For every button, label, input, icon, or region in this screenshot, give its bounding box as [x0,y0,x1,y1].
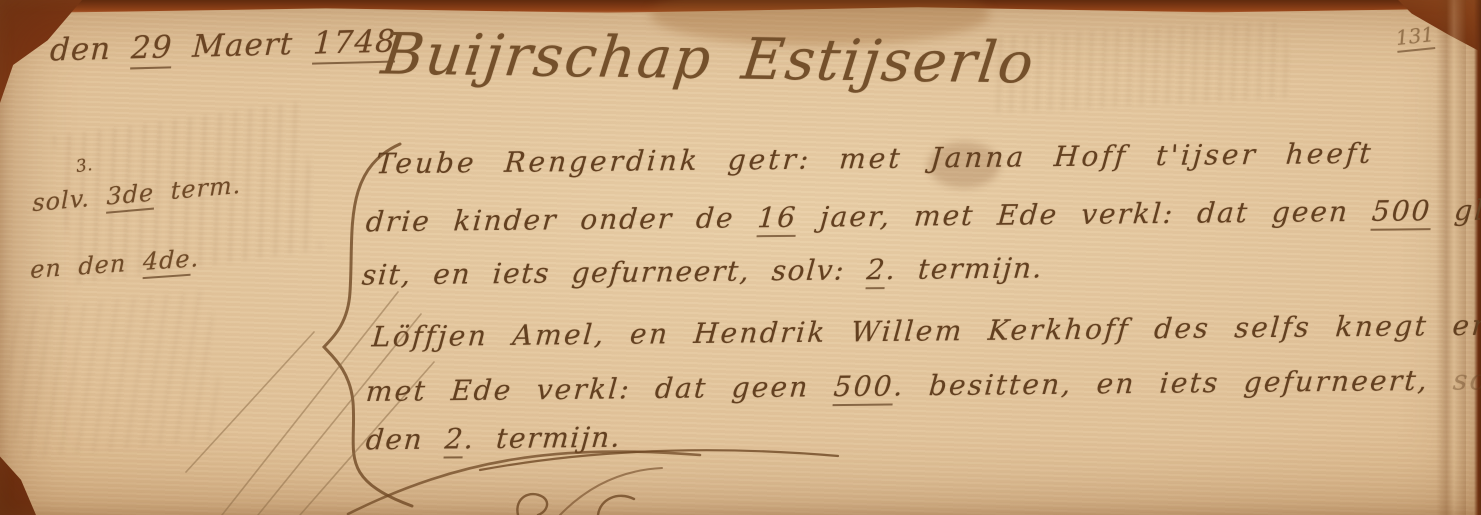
entry-line: den 2. termijn. [365,421,623,457]
text-segment: gls be- [1430,193,1481,228]
entry-line: sit, en iets gefurneert, solv: 2. termij… [361,251,1045,291]
torn-edge-right [1474,0,1481,515]
margin-note-line: en den 4de. [30,244,200,284]
text-segment: 3de [107,178,155,213]
entry-line: Teube Rengerdink getr: met Janna Hoff t'… [375,137,1375,180]
text-segment: sit, en iets gefurneert, solv: [361,253,868,291]
text-segment: den [49,30,132,68]
text-segment: . besitten, en iets gefurneert, [892,364,1454,403]
margin-entry-number: 3. [75,155,94,177]
ink-bleedthrough [1,289,226,460]
text-segment: 29 [130,29,173,69]
text-segment: . [190,244,199,273]
text-segment: Teube Rengerdink getr: met Janna Hoff t'… [375,137,1375,180]
entry-line: drie kinder onder de 16 jaer, met Ede ve… [365,193,1481,239]
text-segment: . termijn. [885,251,1045,286]
text-segment: solv. [32,183,106,218]
entry-title: Buijrschap Estijserlo [378,21,1038,96]
text-segment: 4de [143,245,191,279]
text-segment: Löffjen Amel, en Hendrik Willem Kerkhoff… [371,308,1481,354]
text-segment: drie kinder onder de [365,201,759,238]
text-segment: term. [154,171,241,207]
manuscript-page: 131 den 29 Maert 1748 Buijrschap Estijse… [0,0,1481,515]
text-segment: jaer, met Ede verkl: dat geen [796,195,1373,234]
text-segment: 500 [832,369,895,406]
torn-edge-bottom-left [0,450,50,515]
entry-line: Löffjen Amel, en Hendrik Willem Kerkhoff… [371,308,1481,354]
text-segment: met Ede verkl: dat geen [365,370,835,408]
date-line: den 29 Maert 1748 [49,23,396,68]
text-segment: den [365,422,446,456]
page-fold-crease [1436,0,1466,515]
torn-edge-top [0,0,1481,14]
text-segment: solv [1452,363,1481,397]
text-segment: . termijn. [463,421,623,456]
entry-line: met Ede verkl: dat geen 500. besitten, e… [365,363,1481,408]
folio-number: 131 [1395,22,1436,53]
text-segment: 16 [756,201,798,237]
text-segment: en den [30,248,143,284]
margin-note-line: solv. 3de term. [32,171,241,217]
text-segment: 500 [1371,194,1433,231]
text-segment: Maert [172,26,314,66]
